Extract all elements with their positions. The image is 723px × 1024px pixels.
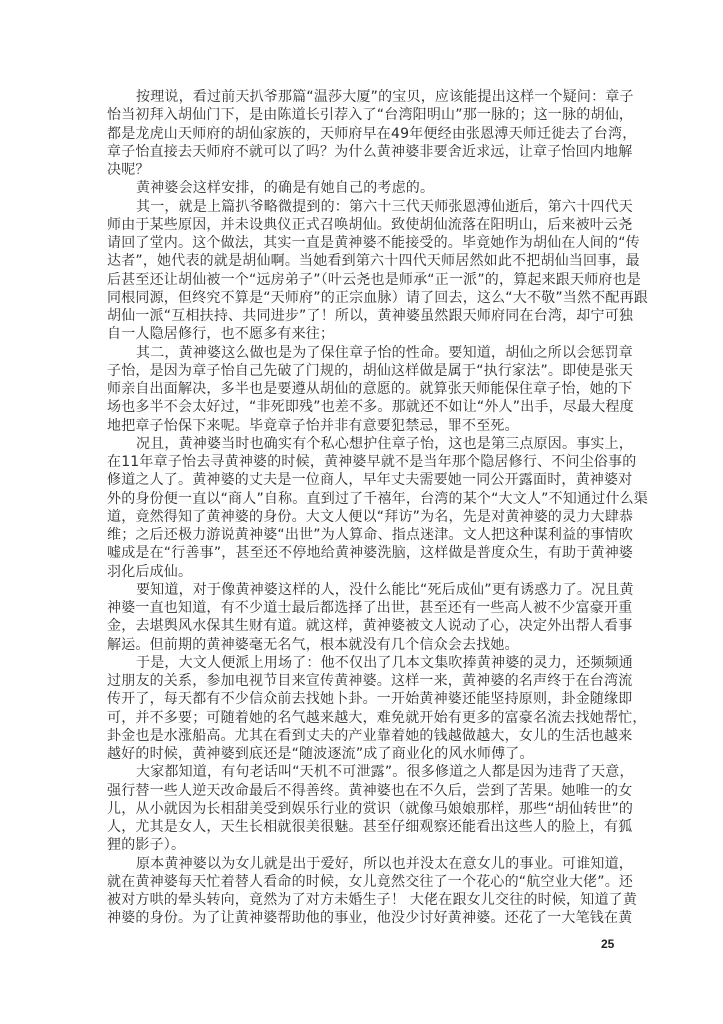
text-line: 过朋友的关系，参加电视节目来宣传黄神婆。这样一来，黄神婆的名声终于在台湾流: [107, 672, 601, 690]
text-line: 道，竟然得知了黄神婆的身份。大文人便以“拜访”为名，先是对黄神婆的灵力大肆恭: [107, 508, 601, 526]
text-line: 决呢？: [107, 161, 601, 179]
page-number: 25: [601, 937, 614, 951]
text-line: 地把章子怡保下来呢。毕竟章子怡并非有意要犯禁忌，罪不至死。: [107, 417, 601, 435]
text-line: 于是，大文人便派上用场了：他不仅出了几本文集吹捧黄神婆的灵力，还频频通: [107, 654, 601, 672]
text-line: 按理说，看过前天扒爷那篇“温莎大厦”的宝贝，应该能提出这样一个疑问：章子: [107, 88, 601, 106]
text-line: 嘘成是在“行善事”，甚至还不停地给黄神婆洗脑，这样做是普度众生，有助于黄神婆: [107, 544, 601, 562]
text-line: 其二，黄神婆这么做也是为了保住章子怡的性命。要知道，胡仙之所以会惩罚章: [107, 344, 601, 362]
text-line: 同根同源，但终究不算是“天师府”的正宗血脉）请了回去，这么“大不敬”当然不配再跟: [107, 289, 601, 307]
text-line: 越好的时候，黄神婆到底还是“随波逐流”成了商业化的风水师傅了。: [107, 745, 601, 763]
text-line: 卦金也是水涨船高。尤其在看到丈夫的产业靠着她的钱越做越大，女儿的生活也越来: [107, 727, 601, 745]
text-line: 达者”，她代表的就是胡仙啊。当她看到第六十四代天师居然如此不把胡仙当回事，最: [107, 252, 601, 270]
text-line: 在11年章子怡去寻黄神婆的时候，黄神婆早就不是当年那个隐居修行、不问尘俗事的: [107, 453, 601, 471]
text-line: 大家都知道，有句老话叫“天机不可泄露”。很多修道之人都是因为违背了天意，: [107, 763, 601, 781]
text-line: 都是龙虎山天师府的胡仙家族的，天师府早在49年便经由张恩溥天师迁徙去了台湾，: [107, 125, 601, 143]
text-line: 羽化后成仙。: [107, 563, 601, 581]
text-line: 要知道，对于像黄神婆这样的人，没什么能比“死后成仙”更有诱惑力了。况且黄: [107, 581, 601, 599]
text-line: 况且，黄神婆当时也确实有个私心想护住章子怡，这也是第三点原因。事实上，: [107, 435, 601, 453]
text-line: 师亲自出面解决，多半也是要遵从胡仙的意愿的。就算张天师能保住章子怡，她的下: [107, 380, 601, 398]
document-page: 按理说，看过前天扒爷那篇“温莎大厦”的宝贝，应该能提出这样一个疑问：章子怡当初拜…: [0, 0, 723, 1024]
text-line: 神婆一直也知道，有不少道士最后都选择了出世，甚至还有一些高人被不少富豪开重: [107, 599, 601, 617]
text-line: 狸的影子）。: [107, 836, 601, 854]
text-line: 强行替一些人逆天改命最后不得善终。黄神婆也在不久后，尝到了苦果。她唯一的女: [107, 782, 601, 800]
text-line: 修道之人了。黄神婆的丈夫是一位商人，早年丈夫需要她一同公开露面时，黄神婆对: [107, 471, 601, 489]
text-line: 原本黄神婆以为女儿就是出于爱好，所以也并没太在意女儿的事业。可谁知道，: [107, 855, 601, 873]
text-line: 师由于某些原因，并未设典仪正式召唤胡仙。致使胡仙流落在阳明山，后来被叶云尧: [107, 216, 601, 234]
text-line: 被对方哄的晕头转向，竟然为了对方未婚生子！ 大佬在跟女儿交往的时候，知道了黄: [107, 891, 601, 909]
text-line: 解运。但前期的黄神婆毫无名气，根本就没有几个信众会去找她。: [107, 636, 601, 654]
text-line: 可，并不多要；可随着她的名气越来越大，难免就开始有更多的富豪名流去找她帮忙，: [107, 709, 601, 727]
body-text: 按理说，看过前天扒爷那篇“温莎大厦”的宝贝，应该能提出这样一个疑问：章子怡当初拜…: [107, 88, 601, 928]
text-line: 外的身份便一直以“商人”自称。直到过了千禧年，台湾的某个“大文人”不知通过什么渠: [107, 490, 601, 508]
text-line: 自一人隐居修行，也不愿多有来往；: [107, 325, 601, 343]
text-line: 怡当初拜入胡仙门下，是由陈道长引荐入了“台湾阳明山”那一脉的；这一脉的胡仙，: [107, 106, 601, 124]
text-line: 就在黄神婆每天忙着替人看命的时候，女儿竟然交往了一个花心的“航空业大佬”。还: [107, 873, 601, 891]
text-line: 请回了堂内。这个做法，其实一直是黄神婆不能接受的。毕竟她作为胡仙在人间的“传: [107, 234, 601, 252]
text-line: 儿，从小就因为长相甜美受到娱乐行业的赏识（就像马娘娘那样，那些“胡仙转世”的: [107, 800, 601, 818]
text-line: 传开了，每天都有不少信众前去找她卜卦。一开始黄神婆还能坚持原则，卦金随缘即: [107, 690, 601, 708]
text-line: 神婆的身份。为了让黄神婆帮助他的事业，他没少讨好黄神婆。还花了一大笔钱在黄: [107, 909, 601, 927]
text-line: 章子怡直接去天师府不就可以了吗？为什么黄神婆非要舍近求远，让章子怡回内地解: [107, 143, 601, 161]
text-line: 子怡，是因为章子怡自己先破了门规的，胡仙这样做是属于“执行家法”。即使是张天: [107, 362, 601, 380]
text-line: 维；之后还极力游说黄神婆“出世”为人算命、指点迷津。文人把这种谋利益的事情吹: [107, 526, 601, 544]
text-line: 黄神婆会这样安排，的确是有她自己的考虑的。: [107, 179, 601, 197]
text-line: 其一，就是上篇扒爷略微提到的：第六十三代天师张恩溥仙逝后，第六十四代天: [107, 198, 601, 216]
text-line: 场也多半不会太好过，“非死即残”也差不多。那就还不如让“外人”出手，尽最大程度: [107, 398, 601, 416]
text-line: 人，尤其是女人，天生长相就很美很魅。甚至仔细观察还能看出这些人的脸上，有狐: [107, 818, 601, 836]
text-line: 后甚至还让胡仙被一个“远房弟子”（叶云尧也是师承“正一派”的，算起来跟天师府也是: [107, 271, 601, 289]
text-line: 胡仙一派“互相扶持、共同进步”了！所以，黄神婆虽然跟天师府同在台湾，却宁可独: [107, 307, 601, 325]
text-line: 金，去堪舆风水保其生财有道。就这样，黄神婆被文人说动了心，决定外出帮人看事: [107, 617, 601, 635]
